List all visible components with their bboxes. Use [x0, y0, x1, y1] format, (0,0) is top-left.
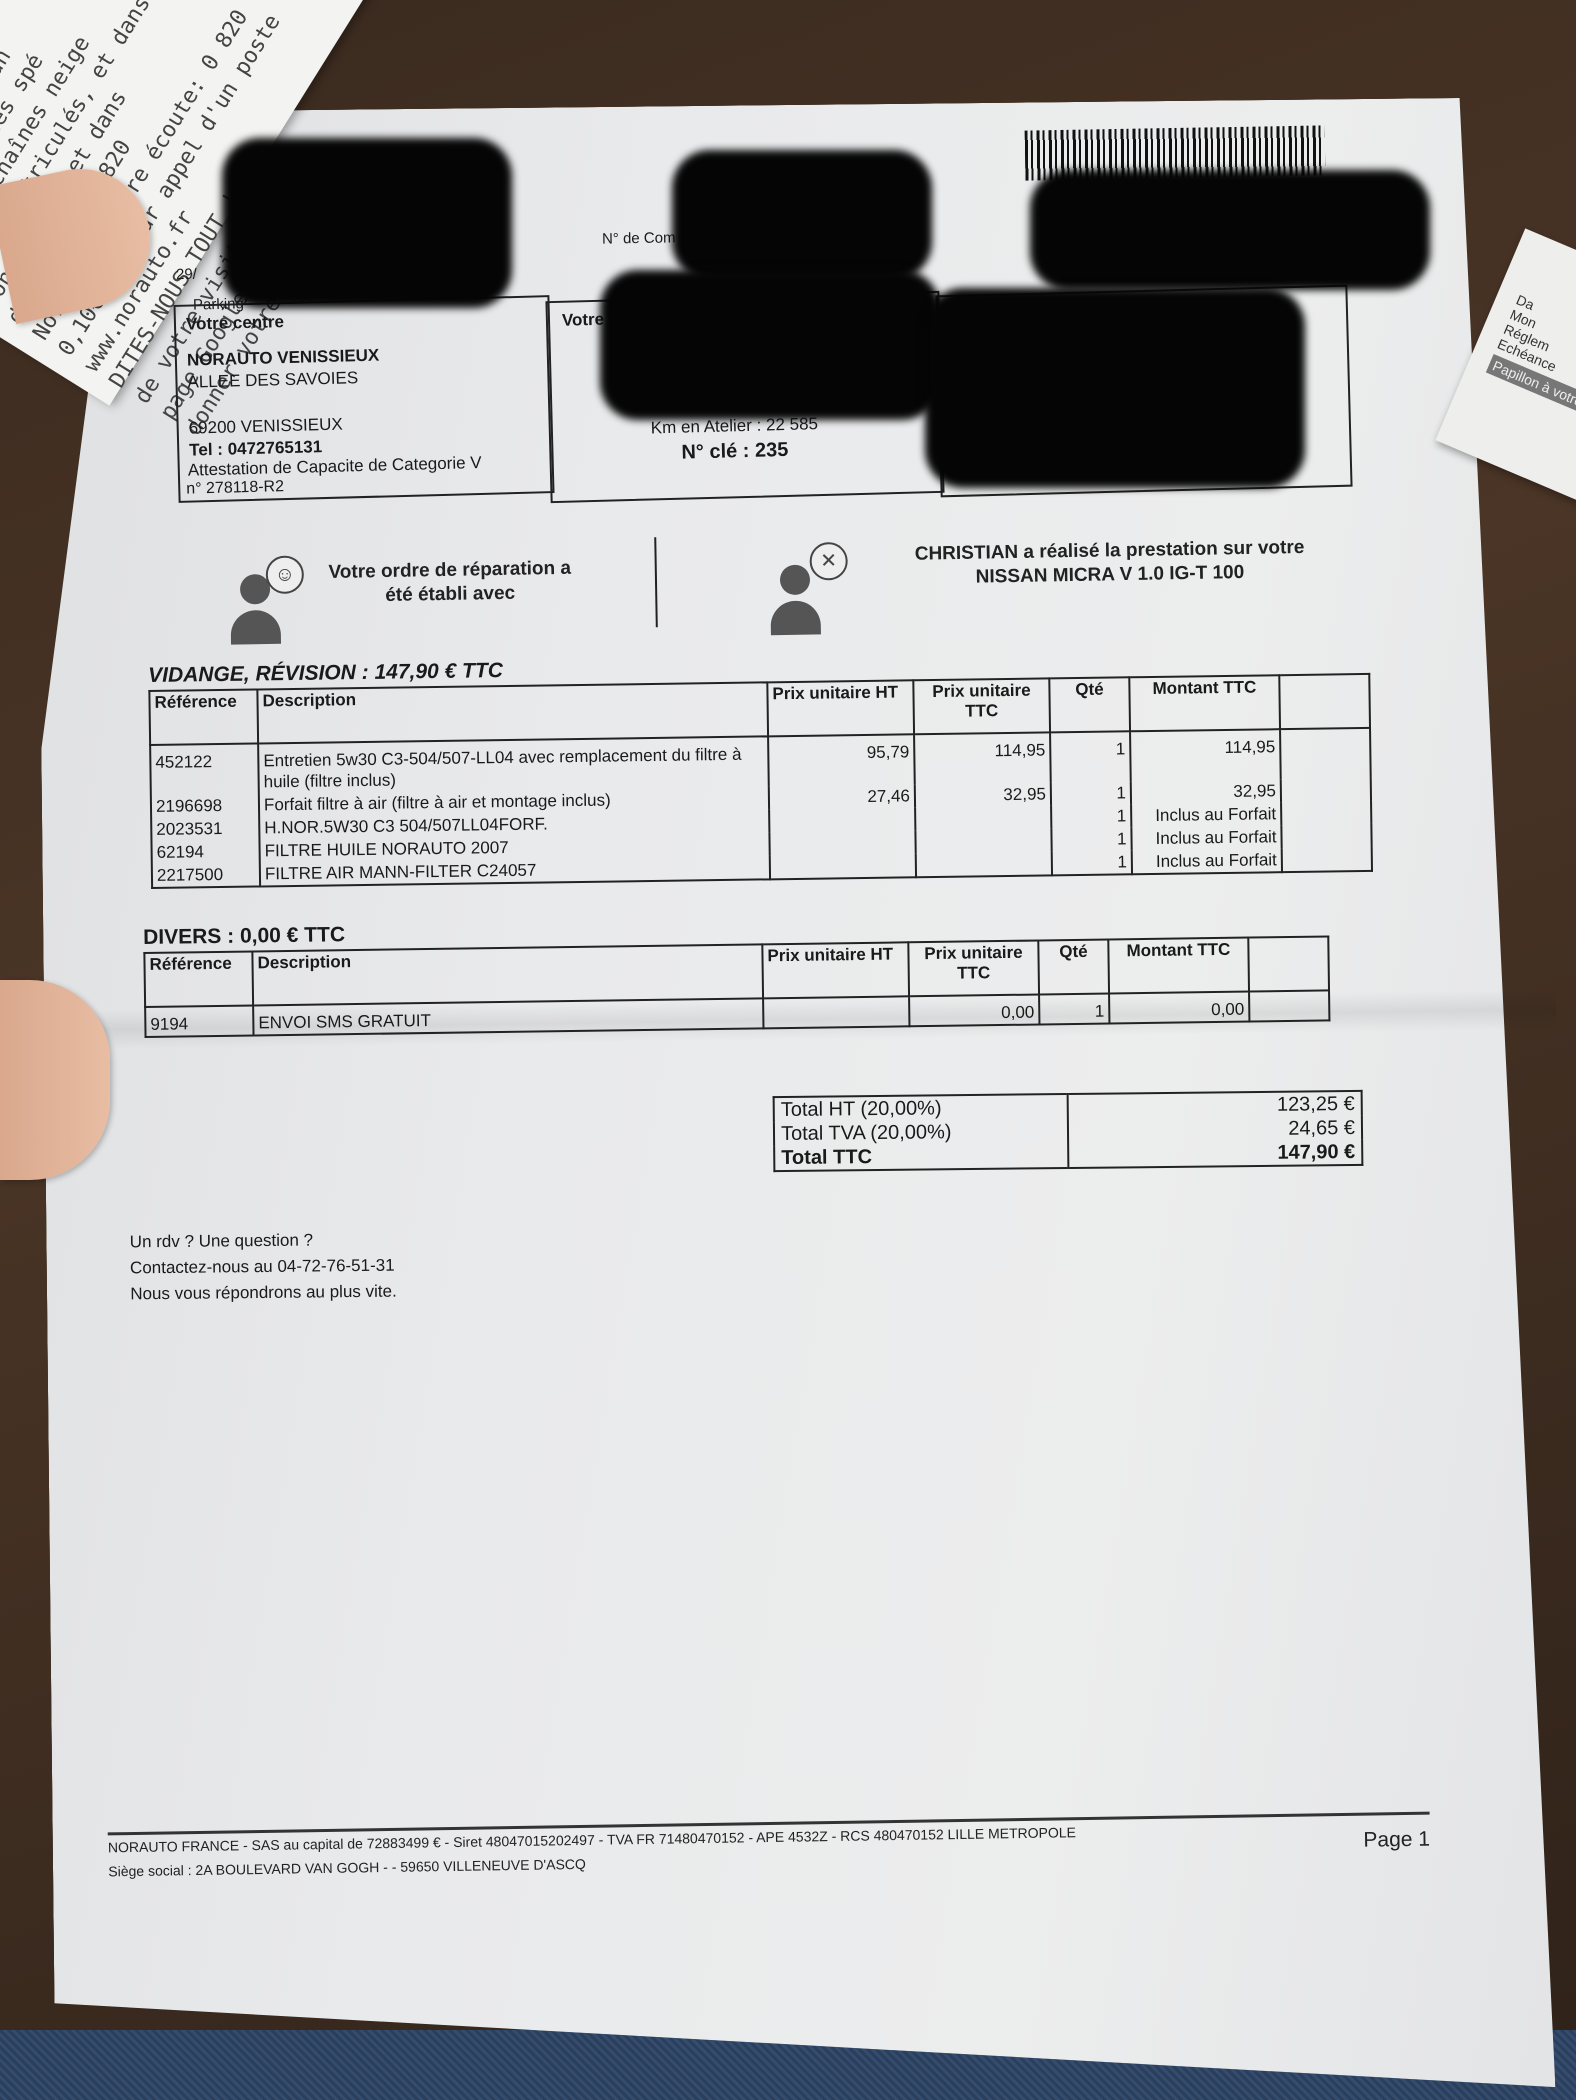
vehicle-key-number: N° clé : 235	[681, 439, 789, 465]
cell-pu_ttc	[916, 851, 1052, 877]
totals-value: 147,90 €	[1068, 1140, 1362, 1168]
cell-qty: 1	[1051, 827, 1131, 851]
centre-box: Votre centre NORAUTO VENISSIEUX ALLEE DE…	[173, 295, 554, 503]
cell-pu_ht	[770, 853, 916, 879]
cell-desc: ENVOI SMS GRATUIT	[253, 998, 763, 1035]
centre-attestation-number: n° 278118-R2	[186, 478, 284, 499]
cell-total: Inclus au Forfait	[1132, 848, 1282, 874]
cell-desc: Entretien 5w30 C3-504/507-LL04 avec remp…	[258, 736, 769, 793]
col-reference: Référence	[149, 689, 258, 745]
cell-empty	[1281, 801, 1371, 825]
technician-icon	[770, 564, 821, 645]
cell-qty: 1	[1050, 731, 1131, 782]
totals-value: 24,65 €	[1068, 1116, 1362, 1143]
centre-heading: Votre centre	[186, 312, 284, 335]
technician-banner: ☺ Votre ordre de réparation a été établi…	[209, 515, 1361, 645]
cell-pu_ttc: 114,95	[914, 732, 1051, 784]
cell-pu_ttc: 0,00	[909, 994, 1039, 1026]
totals-box: Total HT (20,00%)123,25 €Total TVA (20,0…	[773, 1090, 1364, 1172]
col-total: Montant TTC	[1129, 675, 1280, 731]
totals-label: Total HT (20,00%)	[774, 1094, 1068, 1122]
col-reference: Référence	[144, 951, 253, 1007]
cell-pu_ht	[763, 996, 909, 1028]
cell-pu_ttc: 32,95	[915, 782, 1051, 807]
col-qty: Qté	[1049, 677, 1130, 732]
cell-empty	[1282, 847, 1372, 872]
section-divers: DIVERS : 0,00 € TTC Référence Descriptio…	[143, 909, 1330, 1038]
cell-ref: 452122	[150, 743, 259, 795]
cell-pu_ht	[769, 807, 915, 832]
centre-street: ALLEE DES SAVOIES	[187, 368, 358, 392]
col-unit-ht: Prix unitaire HT	[767, 680, 914, 736]
col-qty: Qté	[1038, 940, 1109, 995]
cell-ref: 9194	[145, 1005, 253, 1037]
col-description: Description	[252, 944, 763, 1005]
wrench-bubble-icon: ✕	[809, 542, 848, 581]
redaction	[672, 150, 932, 280]
totals-value: 123,25 €	[1068, 1091, 1362, 1119]
col-unit-ht: Prix unitaire HT	[762, 942, 909, 998]
totals-row: Total TTC147,90 €	[774, 1140, 1362, 1171]
cell-ref: 2217500	[152, 862, 260, 888]
cell-pu_ttc	[915, 828, 1051, 853]
order-number-label: N° de Com	[602, 229, 676, 247]
contact-line: Un rdv ? Une question ?	[130, 1227, 397, 1256]
cell-qty: 1	[1039, 994, 1109, 1025]
col-description: Description	[257, 682, 768, 743]
cell-pu_ht	[769, 830, 915, 855]
col-empty	[1279, 674, 1370, 729]
vidange-table: Référence Description Prix unitaire HT P…	[148, 673, 1373, 889]
page-number: Page 1	[1363, 1828, 1430, 1853]
cell-ref: 2196698	[151, 793, 259, 818]
cell-total: 32,95	[1131, 779, 1281, 804]
cell-qty: 1	[1052, 850, 1132, 875]
divers-table: Référence Description Prix unitaire HT P…	[143, 935, 1330, 1038]
cell-total: Inclus au Forfait	[1131, 825, 1281, 850]
totals-label: Total TVA (20,00%)	[774, 1119, 1068, 1146]
col-total: Montant TTC	[1108, 938, 1249, 994]
cell-empty	[1280, 728, 1371, 779]
section-vidange: VIDANGE, RÉVISION : 147,90 € TTC Référen…	[148, 647, 1373, 889]
centre-name: NORAUTO VENISSIEUX	[187, 346, 380, 371]
order-established-text: Votre ordre de réparation a été établi a…	[320, 557, 581, 610]
cell-pu_ht: 27,46	[769, 784, 915, 809]
date-fragment: 29/	[176, 266, 197, 284]
technician-text: CHRISTIAN a réalisé la prestation sur vo…	[909, 536, 1310, 591]
redaction	[222, 138, 512, 308]
col-unit-ttc: Prix unitaire TTC	[908, 941, 1039, 997]
cell-empty	[1281, 824, 1371, 848]
cell-ref: 2023531	[151, 816, 259, 841]
redaction	[1030, 170, 1430, 290]
cell-empty	[1249, 990, 1329, 1021]
cell-pu_ttc	[915, 805, 1051, 830]
cell-total: Inclus au Forfait	[1131, 802, 1281, 827]
banner-divider	[654, 537, 658, 627]
redaction	[600, 270, 940, 420]
cell-empty	[1281, 778, 1371, 802]
cell-qty: 1	[1051, 781, 1131, 805]
totals-label: Total TTC	[774, 1143, 1068, 1171]
centre-city: 69200 VENISSIEUX	[188, 415, 343, 439]
contact-line: Nous vous répondrons au plus vite.	[130, 1279, 397, 1308]
cell-total: 0,00	[1109, 992, 1249, 1024]
cell-total: 114,95	[1130, 729, 1281, 781]
col-unit-ttc: Prix unitaire TTC	[913, 678, 1050, 734]
redaction	[925, 288, 1305, 488]
cell-qty: 1	[1051, 804, 1131, 828]
cell-ref: 62194	[151, 839, 259, 864]
col-empty	[1248, 936, 1329, 991]
contact-phone: Contactez-nous au 04-72-76-51-31	[130, 1253, 397, 1282]
contact-block: Un rdv ? Une question ? Contactez-nous a…	[130, 1227, 397, 1308]
smiley-bubble-icon: ☺	[266, 555, 305, 594]
cell-pu_ht: 95,79	[768, 734, 915, 786]
